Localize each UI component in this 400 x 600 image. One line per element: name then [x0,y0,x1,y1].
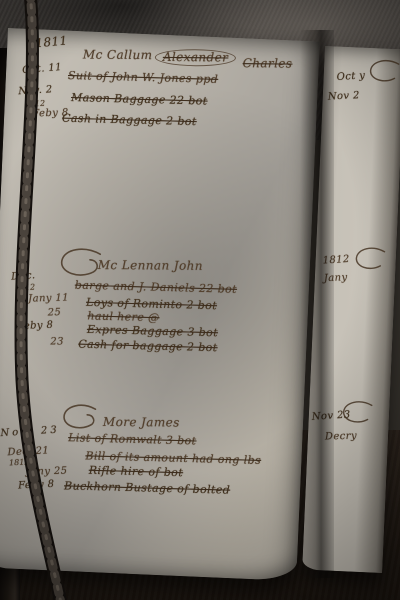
fragment-date: Decry [325,431,357,443]
ledger-photo: 1811 Mc Callum Alexander Charles Oct. 11… [0,0,400,600]
struck-given-name: Charles [243,56,293,70]
flourish-mark [367,58,400,85]
fragment-date: 1812 [322,254,350,267]
flourish-mark [353,245,388,272]
fragment-date: Oct y [336,70,365,83]
struck-given-name: Alexander [155,49,237,67]
fragment-date: Nov 2 [328,90,360,102]
entry-surname: More James [103,415,180,430]
fragment-date: Jany [324,272,348,284]
beaded-cord [0,0,110,600]
fragment-date: Nov 23 [312,409,351,422]
entry-surname: Mc Lennan John [98,258,203,273]
